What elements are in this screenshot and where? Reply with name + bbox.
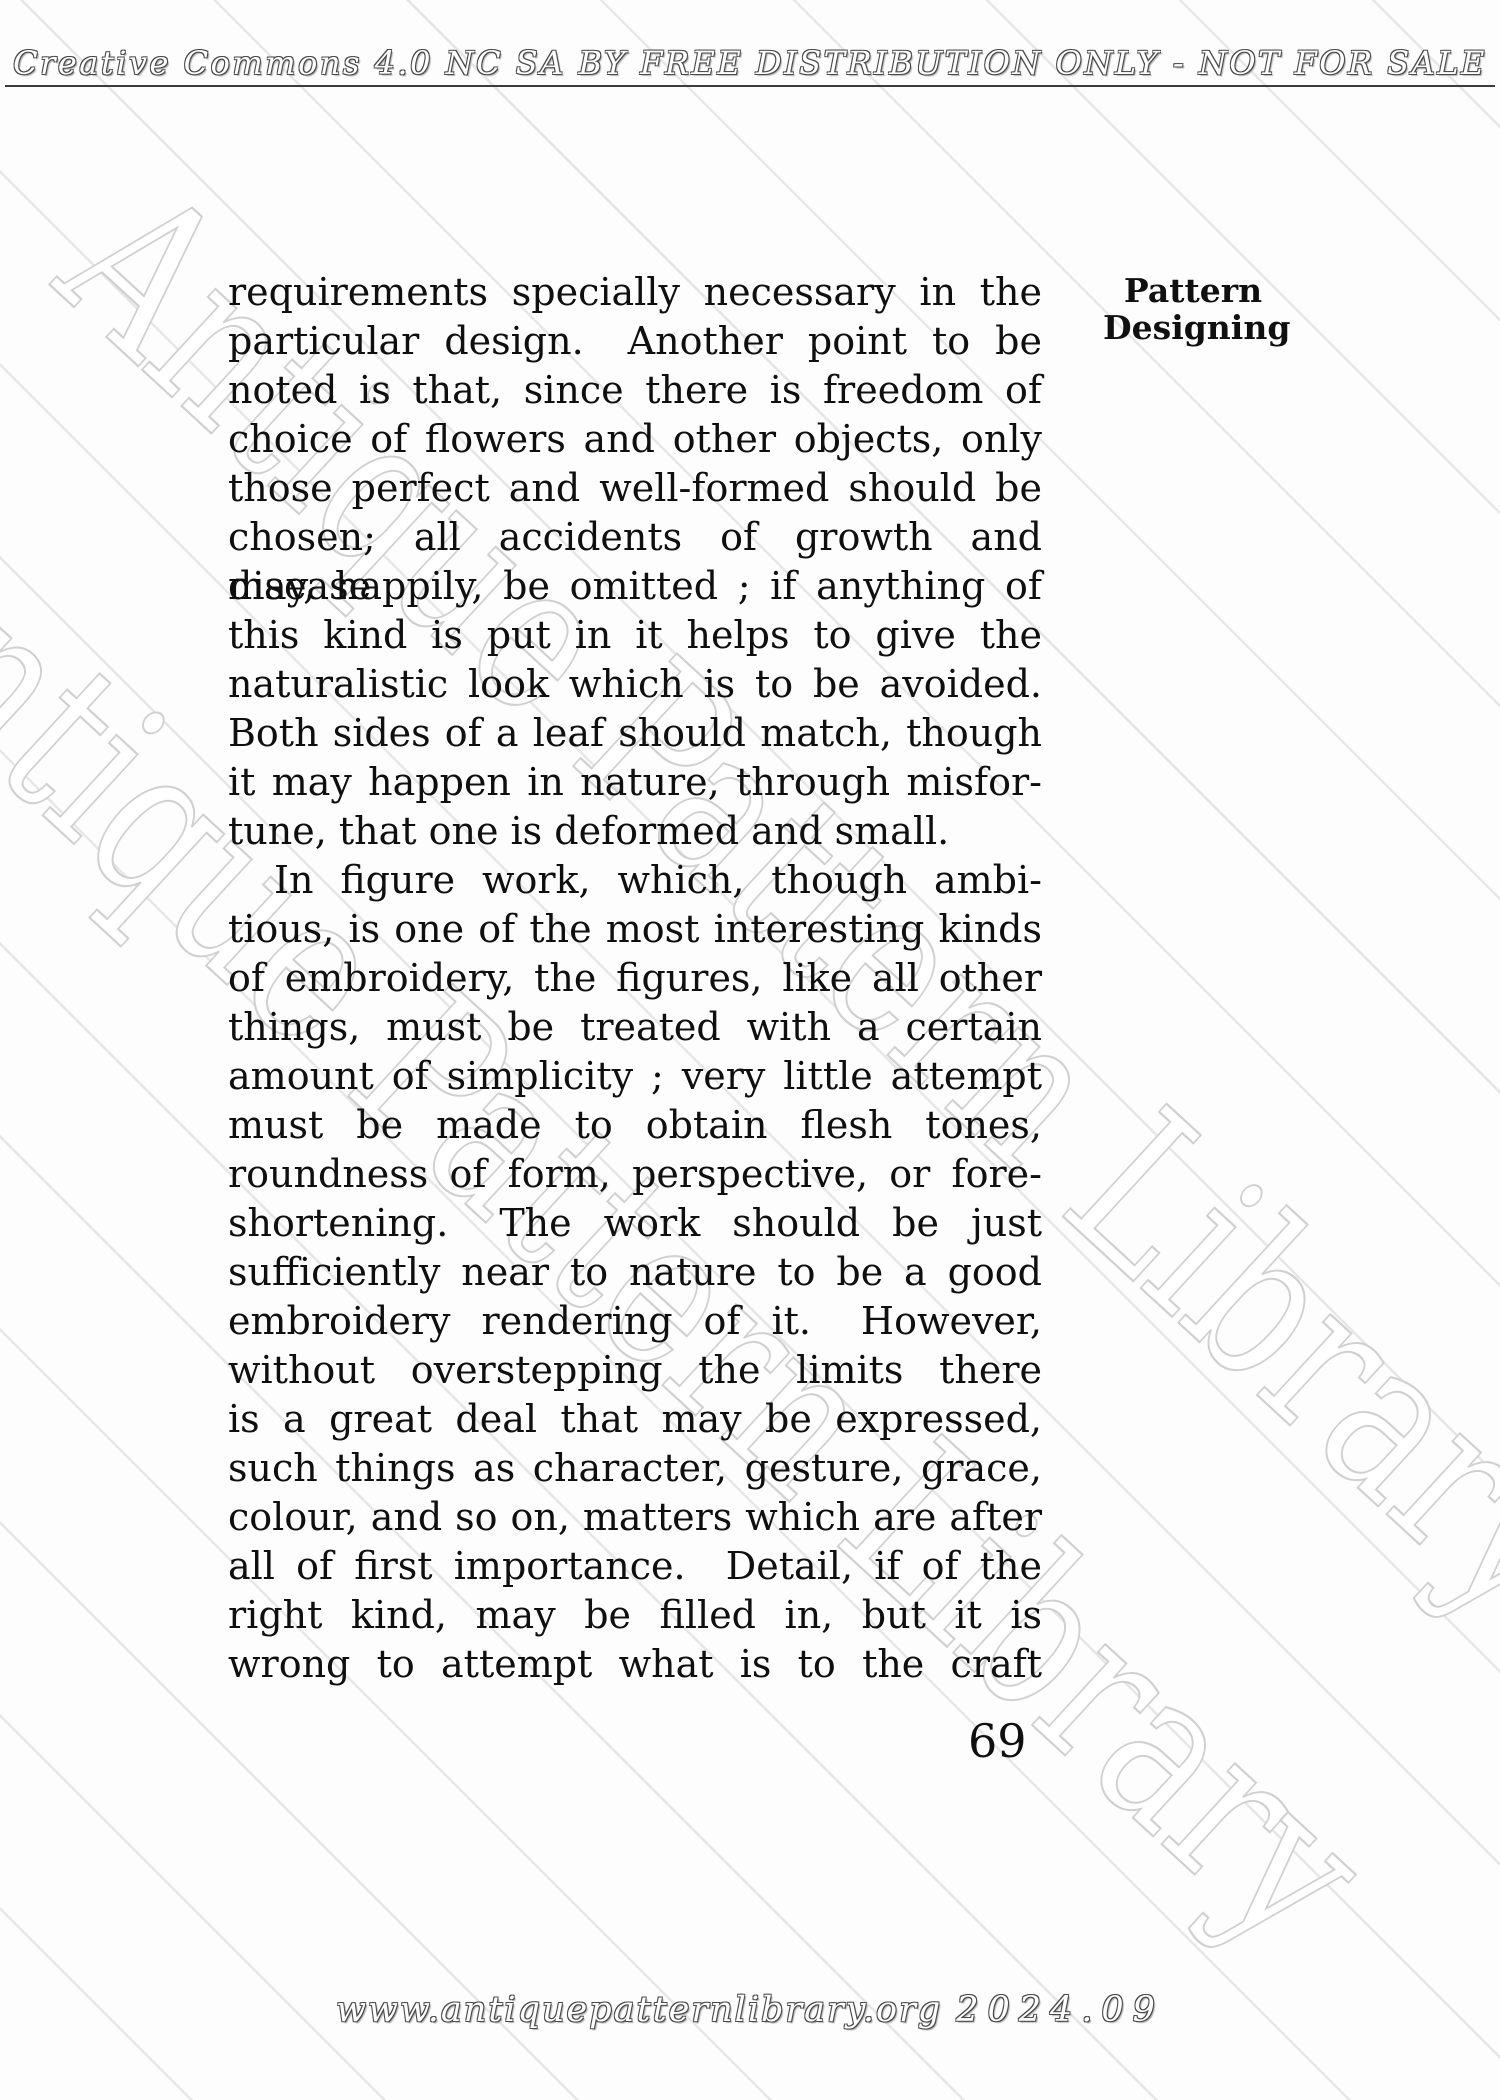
footer-edition: 2024.09 — [942, 1990, 1164, 2030]
body-line: choice of flowers and other objects, onl… — [228, 415, 1042, 464]
body-line: noted is that, since there is freedom of — [228, 366, 1042, 415]
body-line: sufficiently near to nature to be a good — [228, 1248, 1042, 1297]
body-line: tune, that one is deformed and small. — [228, 807, 1042, 856]
margin-note-line1: Pattern — [1103, 272, 1283, 309]
body-line: things, must be treated with a certain — [228, 1003, 1042, 1052]
body-line: right kind, may be filled in, but it is — [228, 1591, 1042, 1640]
body-line: Both sides of a leaf should match, thoug… — [228, 709, 1042, 758]
license-notice-text: Creative Commons 4.0 NC SA BY FREE DISTR… — [5, 44, 1495, 87]
body-line: naturalistic look which is to be avoided… — [228, 660, 1042, 709]
body-line: particular design. Another point to be — [228, 317, 1042, 366]
body-line: all of first importance. Detail, if of t… — [228, 1542, 1042, 1591]
body-line: it may happen in nature, through misfor- — [228, 758, 1042, 807]
body-text-column: requirements specially necessary in the … — [228, 268, 1042, 1689]
body-line: tious, is one of the most interesting ki… — [228, 905, 1042, 954]
body-line: chosen; all accidents of growth and dise… — [228, 513, 1042, 562]
body-line: such things as character, gesture, grace… — [228, 1444, 1042, 1493]
page-content: Creative Commons 4.0 NC SA BY FREE DISTR… — [0, 0, 1500, 2100]
body-line: embroidery rendering of it. However, — [228, 1297, 1042, 1346]
license-banner: Creative Commons 4.0 NC SA BY FREE DISTR… — [0, 44, 1500, 87]
body-line: this kind is put in it helps to give the — [228, 611, 1042, 660]
body-line: roundness of form, perspective, or fore- — [228, 1150, 1042, 1199]
body-line: must be made to obtain flesh tones, — [228, 1101, 1042, 1150]
scanned-book-page: Antique Pattern Library Antique Pattern … — [0, 0, 1500, 2100]
body-line: without overstepping the limits there — [228, 1346, 1042, 1395]
body-line: is a great deal that may be expressed, — [228, 1395, 1042, 1444]
page-number: 69 — [968, 1714, 1027, 1768]
body-line: may, happily, be omitted ; if anything o… — [228, 562, 1042, 611]
margin-note-line2: Designing — [1103, 309, 1283, 346]
body-line: colour, and so on, matters which are aft… — [228, 1493, 1042, 1542]
body-line: requirements specially necessary in the — [228, 268, 1042, 317]
footer: www.antiquepatternlibrary.org2024.09 — [0, 1990, 1500, 2030]
body-line: of embroidery, the figures, like all oth… — [228, 954, 1042, 1003]
body-line: wrong to attempt what is to the craft — [228, 1640, 1042, 1689]
body-line: those perfect and well-formed should be — [228, 464, 1042, 513]
body-line: shortening. The work should be just — [228, 1199, 1042, 1248]
footer-site-url: www.antiquepatternlibrary.org — [336, 1990, 942, 2030]
body-line: amount of simplicity ; very little attem… — [228, 1052, 1042, 1101]
body-line: In figure work, which, though ambi- — [228, 856, 1042, 905]
margin-note: Pattern Designing — [1103, 272, 1283, 346]
